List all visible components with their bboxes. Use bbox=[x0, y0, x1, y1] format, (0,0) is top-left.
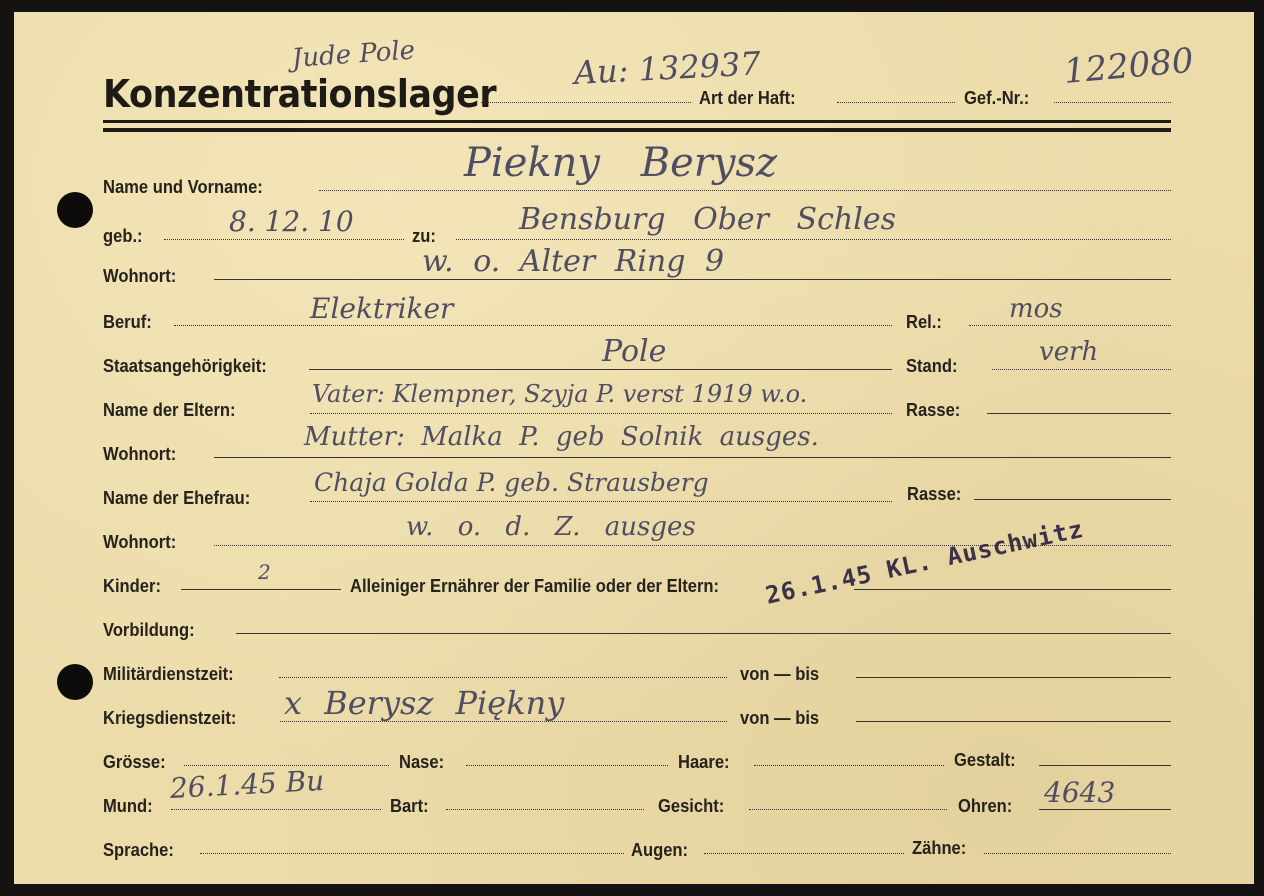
staatsangehoerigkeit-line bbox=[309, 369, 892, 370]
kriegsdienstzeit-label: Kriegsdienstzeit: bbox=[103, 708, 236, 729]
geb-label: geb.: bbox=[103, 226, 143, 247]
name-label: Name und Vorname: bbox=[103, 177, 263, 198]
ohren-line bbox=[1039, 809, 1171, 810]
wohnort-line-1 bbox=[214, 279, 1171, 280]
eltern-line bbox=[310, 413, 892, 414]
name-line bbox=[319, 190, 1171, 191]
ehefrau-line bbox=[310, 501, 892, 502]
nase-line bbox=[466, 765, 668, 766]
haare-label: Haare: bbox=[678, 752, 730, 773]
art-der-haft-label: Art der Haft: bbox=[699, 88, 796, 109]
augen-line bbox=[704, 853, 904, 854]
beruf-line bbox=[174, 325, 892, 326]
prisoner-registration-card: Jude Pole Au: 132937 Konzentrationslager… bbox=[14, 12, 1254, 884]
mund-line bbox=[171, 809, 381, 810]
ohren-label: Ohren: bbox=[958, 796, 1012, 817]
wohnort-value-1: w. o. Alter Ring 9 bbox=[422, 244, 724, 279]
ehefrau-label: Name der Ehefrau: bbox=[103, 488, 250, 509]
rasse-line-2 bbox=[974, 499, 1171, 500]
gesicht-label: Gesicht: bbox=[658, 796, 724, 817]
beruf-value: Elektriker bbox=[310, 292, 453, 325]
sprache-line bbox=[200, 853, 624, 854]
wohnort-label-1: Wohnort: bbox=[103, 266, 176, 287]
title-field-line bbox=[481, 102, 691, 103]
wohnort-value-3: w. o. d. Z. ausges bbox=[406, 512, 696, 542]
ehefrau-value: Chaja Golda P. geb. Strausberg bbox=[314, 468, 709, 497]
rel-line bbox=[969, 325, 1171, 326]
haare-line bbox=[754, 765, 944, 766]
ernaehrer-line bbox=[854, 589, 1171, 590]
militaer-von-bis-line bbox=[856, 677, 1171, 678]
nase-label: Nase: bbox=[399, 752, 444, 773]
vorbildung-line bbox=[236, 633, 1171, 634]
stand-value: verh bbox=[1039, 337, 1098, 367]
card-title: Konzentrationslager bbox=[103, 72, 496, 116]
groesse-label: Grösse: bbox=[103, 752, 166, 773]
militaerdienstzeit-line bbox=[279, 677, 727, 678]
gef-nr-value: 122080 bbox=[1062, 41, 1195, 92]
mund-label: Mund: bbox=[103, 796, 153, 817]
auschwitz-date-stamp: 26.1.45 KL. Auschwitz bbox=[763, 515, 1086, 610]
rasse-line-1 bbox=[987, 413, 1171, 414]
kinder-label: Kinder: bbox=[103, 576, 161, 597]
vorbildung-label: Vorbildung: bbox=[103, 620, 195, 641]
name-value: Piekny Berysz bbox=[464, 140, 777, 186]
kinder-line bbox=[181, 589, 341, 590]
kinder-value: 2 bbox=[258, 560, 271, 584]
ernaehrer-label: Alleiniger Ernährer der Familie oder der… bbox=[350, 576, 719, 597]
wohnort-value-2: Mutter: Malka P. geb Solnik ausges. bbox=[304, 422, 819, 452]
zaehne-line bbox=[984, 853, 1171, 854]
rel-label: Rel.: bbox=[906, 312, 942, 333]
geb-value: 8. 12. 10 bbox=[229, 205, 354, 238]
sprache-label: Sprache: bbox=[103, 840, 174, 861]
wohnort-line-2 bbox=[214, 457, 1171, 458]
ohren-value: 4643 bbox=[1044, 776, 1115, 809]
eltern-label: Name der Eltern: bbox=[103, 400, 236, 421]
zu-value: Bensburg Ober Schles bbox=[519, 202, 896, 237]
annotation-jude-pole: Jude Pole bbox=[291, 35, 416, 74]
gestalt-line bbox=[1039, 765, 1171, 766]
bart-label: Bart: bbox=[390, 796, 429, 817]
annotation-au-number: Au: 132937 bbox=[573, 44, 762, 92]
rel-value: mos bbox=[1009, 294, 1063, 324]
header-rule-top bbox=[103, 120, 1171, 123]
punch-hole-top bbox=[57, 192, 93, 228]
gef-nr-label: Gef.-Nr.: bbox=[964, 88, 1029, 109]
rasse-label-2: Rasse: bbox=[907, 484, 961, 505]
rasse-label-1: Rasse: bbox=[906, 400, 960, 421]
stand-line bbox=[992, 369, 1171, 370]
gef-nr-line bbox=[1054, 102, 1171, 103]
augen-label: Augen: bbox=[631, 840, 688, 861]
wohnort-label-3: Wohnort: bbox=[103, 532, 176, 553]
beruf-label: Beruf: bbox=[103, 312, 152, 333]
wohnort-label-2: Wohnort: bbox=[103, 444, 176, 465]
eltern-value: Vater: Klempner, Szyja P. verst 1919 w.o… bbox=[312, 380, 807, 408]
mund-value: 26.1.45 Bu bbox=[169, 764, 325, 805]
zaehne-label: Zähne: bbox=[912, 838, 966, 859]
von-bis-label-1: von — bis bbox=[740, 664, 819, 685]
krieg-von-bis-line bbox=[856, 721, 1171, 722]
punch-hole-bottom bbox=[57, 664, 93, 700]
kriegsdienstzeit-value: x Berysz Piękny bbox=[284, 684, 564, 722]
bart-line bbox=[446, 809, 644, 810]
header-rule-bottom bbox=[103, 128, 1171, 132]
staatsangehoerigkeit-value: Pole bbox=[602, 334, 666, 369]
staatsangehoerigkeit-label: Staatsangehörigkeit: bbox=[103, 356, 267, 377]
stand-label: Stand: bbox=[906, 356, 958, 377]
gesicht-line bbox=[749, 809, 947, 810]
gestalt-label: Gestalt: bbox=[954, 750, 1016, 771]
von-bis-label-2: von — bis bbox=[740, 708, 819, 729]
art-der-haft-line bbox=[837, 102, 955, 103]
militaerdienstzeit-label: Militärdienstzeit: bbox=[103, 664, 234, 685]
zu-line bbox=[456, 239, 1171, 240]
geb-line bbox=[164, 239, 404, 240]
